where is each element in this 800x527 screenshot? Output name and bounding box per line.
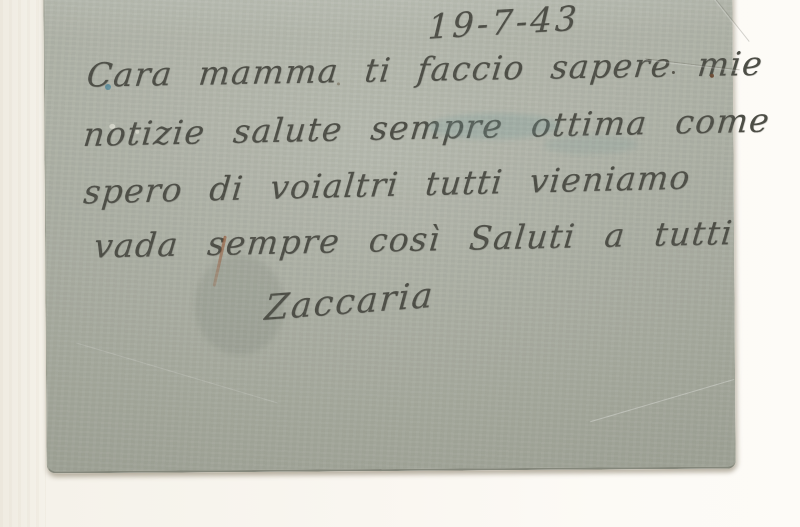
crease-mark-bottom-right — [590, 379, 734, 422]
blue-ink-smudge — [543, 134, 638, 155]
signature: Zaccaria — [263, 276, 436, 329]
handwriting-line-3: spero di voialtri tutti vieniamo — [82, 158, 693, 212]
crease-mark-corner-fold — [705, 0, 749, 42]
handwriting-line-1: Cara mamma ti faccio sapere mie — [85, 44, 765, 95]
paper-damage-spot — [135, 130, 139, 134]
scan-background: 19-7-43 Cara mamma ti faccio sapere mie … — [0, 0, 800, 527]
postcard-date: 19-7-43 — [427, 0, 581, 48]
gray-smudge — [194, 255, 285, 356]
handwriting-line-4: vada sempre così Saluti a tutti — [92, 213, 735, 265]
blue-ink-dot — [105, 84, 111, 90]
paper-speck — [710, 74, 714, 78]
paper-speck — [337, 82, 340, 85]
paper-speck — [672, 71, 675, 74]
paper-damage-spot — [109, 124, 115, 129]
postcard: 19-7-43 Cara mamma ti faccio sapere mie … — [43, 0, 735, 473]
